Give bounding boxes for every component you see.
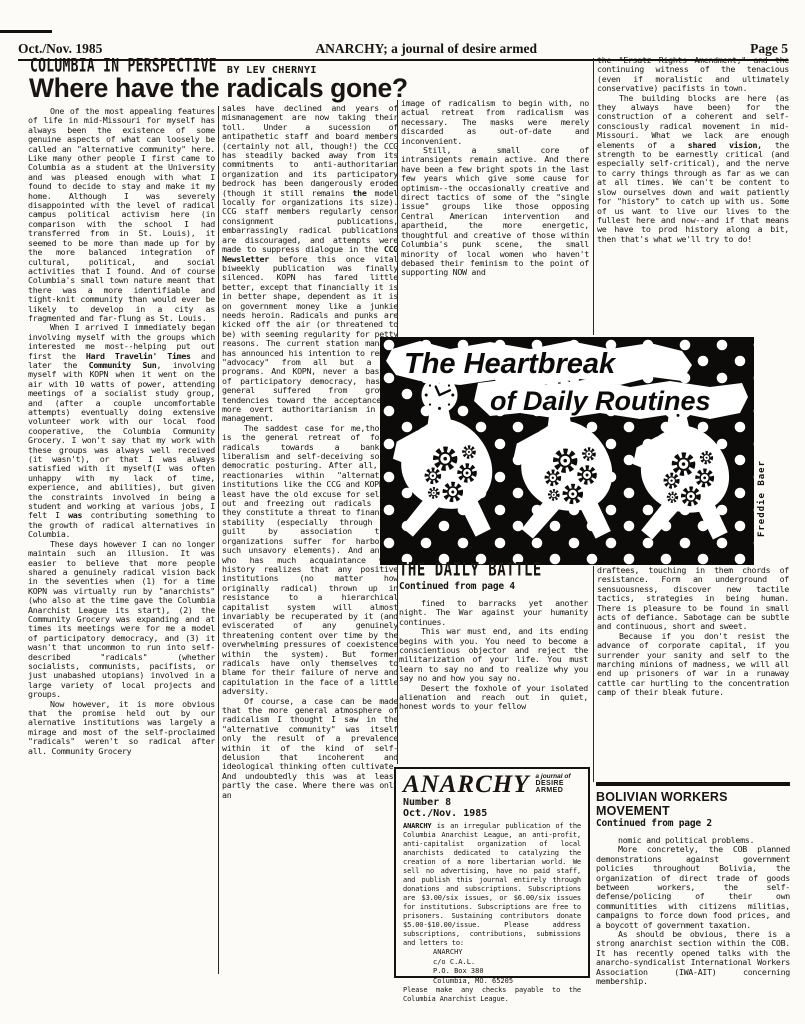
heartbreak-illustration-svg: The Heartbreak of Daily Routines	[380, 337, 754, 565]
paragraph: Please make any checks payable to the Co…	[403, 986, 581, 1004]
paragraph: image of radicalism to begin with, no ac…	[401, 99, 589, 146]
paragraph: Of course, a case can be made that the m…	[222, 697, 398, 800]
article-column-1: One of the most appealing features of li…	[28, 107, 215, 756]
daily-battle-right-column: draftees, touching in them chords of res…	[597, 566, 789, 698]
masthead-tagline-line1: a journal of	[535, 773, 581, 780]
paragraph: These days however I can no longer maint…	[28, 540, 215, 700]
masthead-box: ANARCHY a journal of DESIRE ARMED Number…	[394, 767, 590, 978]
paragraph: draftees, touching in them chords of res…	[597, 566, 789, 632]
paragraph: When I arrived I immediately began invol…	[28, 323, 215, 539]
paragraph: More concretely, the COB planned demonst…	[596, 845, 790, 930]
paragraph: Because if you don't resist the advance …	[597, 632, 789, 698]
masthead-address: ANARCHYc/o C.A.L.P.O. Box 380Columbia, M…	[433, 948, 581, 986]
article-column-4: the "Ersatz Rights Amendment," and the c…	[597, 56, 789, 244]
paragraph: This war must end, and its ending begins…	[399, 627, 588, 683]
heartbreak-illustration: The Heartbreak of Daily Routines	[380, 337, 754, 565]
masthead-checks-note: Please make any checks payable to the Co…	[403, 986, 581, 1004]
paragraph: Still, a small core of intransigents rem…	[401, 146, 589, 278]
masthead-body: ANARCHY is an irregular publication of t…	[403, 822, 581, 948]
newspaper-page: Oct./Nov. 1985 ANARCHY; a journal of des…	[0, 0, 805, 1024]
column-divider	[593, 566, 594, 782]
column-divider	[218, 106, 219, 974]
paragraph: the "Ersatz Rights Amendment," and the c…	[597, 56, 789, 94]
masthead-title-row: ANARCHY a journal of DESIRE ARMED	[403, 773, 581, 797]
artist-credit: Freddie Baer	[757, 460, 767, 537]
paragraph: As should be obvious, there is a strong …	[596, 930, 790, 986]
paragraph: fined to barracks yet another night. The…	[399, 599, 588, 627]
bolivian-continued: Continued from page 2	[596, 818, 790, 829]
paragraph: The building blocks are here (as they al…	[597, 94, 789, 245]
bolivian-column: nomic and political problems.More concre…	[596, 836, 790, 987]
paragraph: Desert the foxhole of your isolated alie…	[399, 684, 588, 712]
daily-battle-section: THE DAILY BATTLE Continued from page 4 f…	[399, 562, 588, 712]
masthead-issue-number: Number 8	[403, 797, 581, 808]
daily-battle-heading: THE DAILY BATTLE	[399, 561, 542, 581]
masthead-title: ANARCHY	[403, 773, 529, 797]
paragraph: P.O. Box 380	[433, 967, 581, 977]
paragraph: Now however, it is more obvious that the…	[28, 700, 215, 756]
article-column-2: sales have declined and years of mismana…	[222, 104, 398, 800]
paragraph: Columbia, MO. 65205	[433, 977, 581, 987]
paragraph: sales have declined and years of mismana…	[222, 104, 398, 424]
paragraph: The saddest case for me,though, is the g…	[222, 424, 398, 697]
art-title-line2: of Daily Routines	[490, 386, 711, 416]
paragraph: c/o C.A.L.	[433, 958, 581, 968]
masthead-date: Oct./Nov. 1985	[403, 808, 581, 819]
masthead-tagline: a journal of DESIRE ARMED	[535, 773, 581, 797]
paragraph: ANARCHY is an irregular publication of t…	[403, 822, 581, 948]
column-divider	[593, 58, 594, 335]
daily-battle-continued: Continued from page 4	[399, 581, 588, 592]
daily-battle-left-column: fined to barracks yet another night. The…	[399, 599, 588, 712]
bolivian-workers-section: BOLIVIAN WORKERS MOVEMENT Continued from…	[596, 782, 790, 987]
masthead-tagline-line2: DESIRE ARMED	[535, 780, 581, 794]
article-column-3: image of radicalism to begin with, no ac…	[401, 99, 589, 278]
folio-journal-title: ANARCHY; a journal of desire armed	[315, 41, 537, 57]
paragraph: ANARCHY	[433, 948, 581, 958]
folio-date: Oct./Nov. 1985	[18, 41, 102, 57]
bolivian-heading: BOLIVIAN WORKERS MOVEMENT	[596, 790, 790, 818]
paragraph: One of the most appealing features of li…	[28, 107, 215, 323]
art-title-line1: The Heartbreak	[404, 348, 617, 380]
